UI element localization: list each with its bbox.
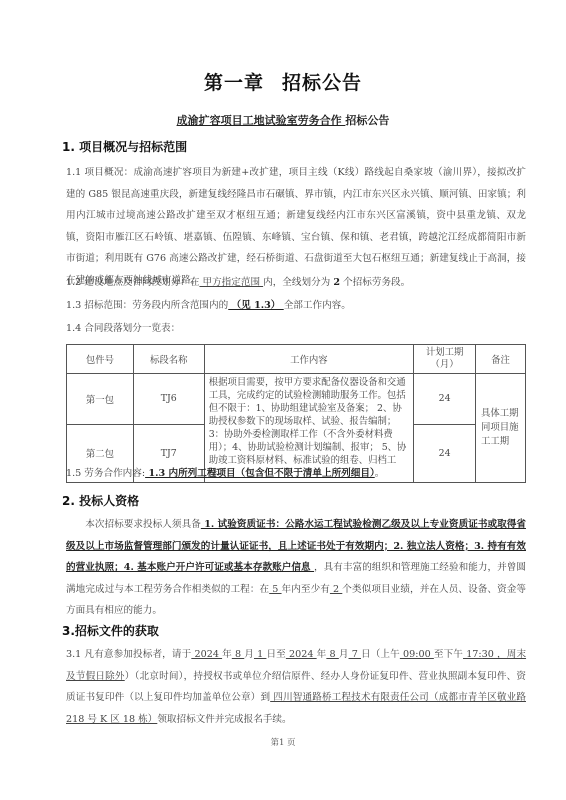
label-text: 月 <box>244 649 254 660</box>
header-duration-line2: （月） <box>431 359 459 370</box>
end-month: 8 <box>326 649 338 660</box>
projects-count-field: 2 <box>330 584 342 595</box>
cooperation-content-field: 1.3 内所列工程项目（包含但不限于清单上所列细目） <box>145 468 375 479</box>
start-day: 1 <box>254 649 266 660</box>
document-page: 第一章招标公告 成渝扩容项目工地试验室劳务合作 招标公告 1. 项目概况与招标范… <box>0 0 566 800</box>
header-remark: 备注 <box>476 345 526 374</box>
label-text: 日（上午 <box>361 649 400 660</box>
label-text: 。 <box>375 468 385 479</box>
section1-heading: 1. 项目概况与招标范围 <box>62 138 187 155</box>
table-row: 第一包 TJ6 根据项目需要，按甲方要求配备仪器设备和交通工具，完成约定的试验检… <box>67 374 526 425</box>
scope-field: （见 1.3） <box>228 300 284 311</box>
start-month: 8 <box>232 649 244 660</box>
package-cell: 第一包 <box>67 374 134 425</box>
label-text: 3.1 凡有意参加投标者，请于 <box>66 649 191 660</box>
label-text: 领取招标文件并完成报名手续。 <box>157 714 291 725</box>
header-section-name: 标段名称 <box>133 345 204 374</box>
table-caption: 1.4 合同段落划分一览表： <box>66 320 180 334</box>
label-text: 日至 <box>266 649 285 660</box>
duration-cell: 24 <box>414 374 476 425</box>
remark-cell: 具体工期同项目施工工期 <box>476 374 526 483</box>
bidder-qualification-paragraph: 本次招标要求投标人须具备 1. 试验资质证书：公路水运工程试验检测乙级及以上专业… <box>66 514 526 622</box>
end-day: 7 <box>349 649 361 660</box>
chapter-number: 第一章 <box>204 72 264 94</box>
table-header-row: 包件号 标段名称 工作内容 计划工期（月） 备注 <box>67 345 526 374</box>
label-text: 月 <box>339 649 349 660</box>
label-text: 全部工作内容。 <box>284 300 351 311</box>
construction-site-line: 1.2 建设地点及合同段划分：在 甲方指定范围 内，全线划分为 2 个招标劳务段… <box>66 274 410 288</box>
header-duration: 计划工期（月） <box>414 345 476 374</box>
labor-cooperation-line: 1.5 劳务合作内容: 1.3 内所列工程项目（包含但不限于清单上所列细目）。 <box>66 465 384 479</box>
label-text: 1.2 建设地点及合同段划分：在 <box>66 277 199 288</box>
header-duration-line1: 计划工期 <box>426 347 464 358</box>
label-text: 内，全线划分为 <box>263 277 333 288</box>
years-field: 5 <box>269 584 281 595</box>
project-overview-paragraph: 1.1 项目概况：成渝高速扩容项目为新建+改扩建，项目主线（K线）路线起自桑家坡… <box>66 162 526 291</box>
label-text: 至下午 <box>434 649 463 660</box>
label-text: 1.5 劳务合作内容: <box>66 468 145 479</box>
header-work-content: 工作内容 <box>204 345 413 374</box>
project-name: 成渝扩容项目工地试验室劳务合作 <box>177 114 346 127</box>
label-text: 个招标劳务段。 <box>340 277 410 288</box>
bid-scope-line: 1.3 招标范围：劳务段内所含范围内的 （见 1.3） 全部工作内容。 <box>66 297 351 311</box>
section3-heading: 3.招标文件的获取 <box>62 622 159 639</box>
announcement-subtitle: 成渝扩容项目工地试验室劳务合作 招标公告 <box>0 112 566 128</box>
label-text: 本次招标要求投标人须具备 <box>85 519 201 530</box>
chapter-name: 招标公告 <box>282 72 362 94</box>
section2-heading: 2. 投标人资格 <box>62 492 139 509</box>
section-cell: TJ6 <box>133 374 204 425</box>
site-range-field: 甲方指定范围 <box>199 277 263 288</box>
end-year: 2024 <box>286 649 317 660</box>
label-text: 年 <box>317 649 327 660</box>
start-year: 2024 <box>191 649 222 660</box>
document-acquisition-paragraph: 3.1 凡有意参加投标者，请于 2024 年 8 月 1 日至 2024 年 8… <box>66 644 526 730</box>
section-count: 2 <box>333 277 340 288</box>
page-number: 第1 页 <box>0 736 566 748</box>
chapter-title: 第一章招标公告 <box>0 68 566 95</box>
label-text: 年内至少有 <box>282 584 330 595</box>
morning-time: 09:00 <box>400 649 434 660</box>
duration-cell: 24 <box>414 424 476 482</box>
label-text: 1.3 招标范围：劳务段内所含范围内的 <box>66 300 228 311</box>
subtitle-suffix: 招标公告 <box>345 114 389 127</box>
header-package: 包件号 <box>67 345 134 374</box>
label-text: 年 <box>222 649 232 660</box>
contract-section-table: 包件号 标段名称 工作内容 计划工期（月） 备注 第一包 TJ6 根据项目需要，… <box>66 344 526 483</box>
